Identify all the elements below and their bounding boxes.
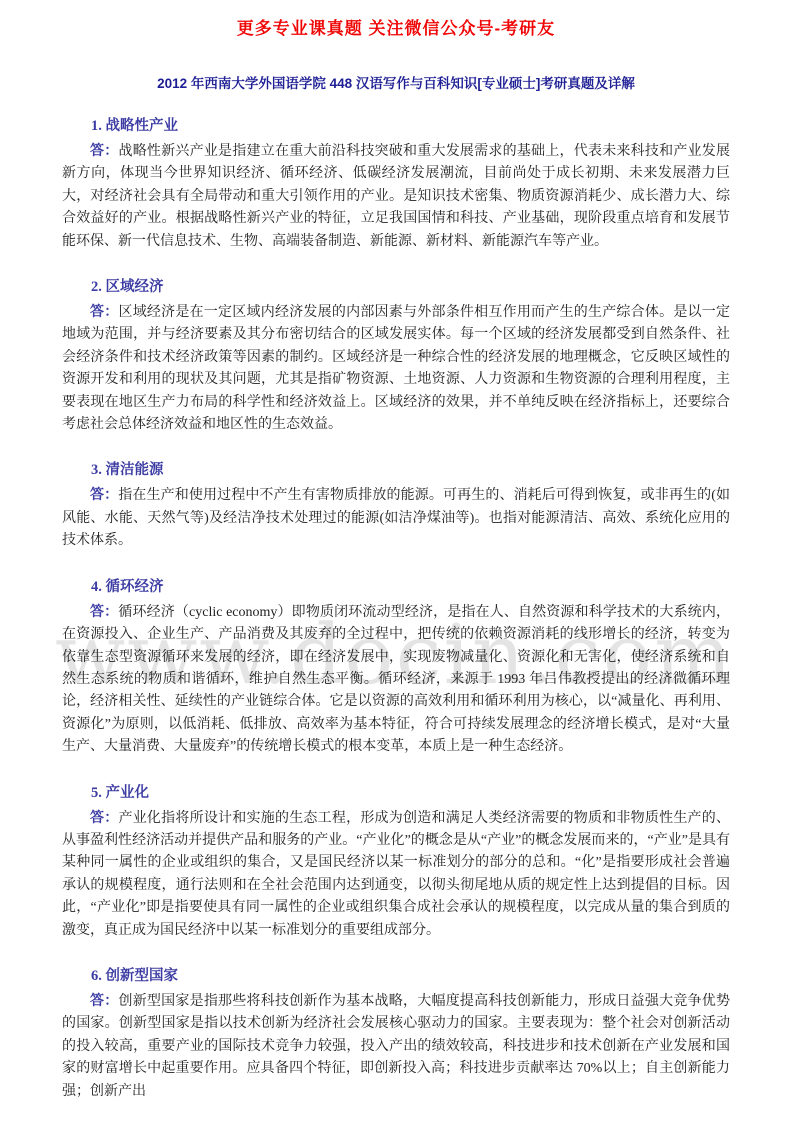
answer-text: 区域经济是在一定区域内经济发展的内部因素与外部条件相互作用而产生的生产综合体。是… [62,305,730,432]
answer-text: 创新型国家是指那些将科技创新作为基本战略，大幅度提高科技创新能力，形成日益强大竞… [62,994,730,1099]
document-page: www.docin.com 更多专业课真题 关注微信公众号-考研友 2012 年… [0,0,792,1122]
section-heading-3: 3. 清洁能源 [62,458,730,479]
answer-label: 答： [90,305,118,320]
answer-paragraph-6: 答：创新型国家是指那些将科技创新作为基本战略，大幅度提高科技创新能力，形成日益强… [62,991,730,1103]
section-heading-6: 6. 创新型国家 [62,964,730,985]
doc-title: 2012 年西南大学外国语学院 448 汉语写作与百科知识[专业硕士]考研真题及… [0,72,792,92]
answer-label: 答： [90,144,118,159]
section-heading-2: 2. 区域经济 [62,275,730,296]
answer-paragraph-1: 答：战略性新兴产业是指建立在重大前沿科技突破和重大发展需求的基础上，代表未来科技… [62,141,730,253]
answer-label: 答： [90,994,118,1009]
answer-text: 循环经济（cyclic economy）即物质闭环流动型经济，是指在人、自然资源… [62,605,730,754]
answer-paragraph-2: 答：区域经济是在一定区域内经济发展的内部因素与外部条件相互作用而产生的生产综合体… [62,302,730,436]
answer-paragraph-4: 答：循环经济（cyclic economy）即物质闭环流动型经济，是指在人、自然… [62,602,730,759]
answer-label: 答： [90,605,118,620]
answer-text: 产业化指将所设计和实施的生态工程，形成为创造和满足人类经济需要的物质和非物质性生… [62,811,730,938]
section-heading-4: 4. 循环经济 [62,575,730,596]
answer-paragraph-5: 答：产业化指将所设计和实施的生态工程，形成为创造和满足人类经济需要的物质和非物质… [62,808,730,942]
answer-text: 指在生产和使用过程中不产生有害物质排放的能源。可再生的、消耗后可得到恢复，或非再… [62,488,730,548]
promo-header: 更多专业课真题 关注微信公众号-考研友 [0,0,792,39]
answer-text: 战略性新兴产业是指建立在重大前沿科技突破和重大发展需求的基础上，代表未来科技和产… [62,144,730,249]
answer-label: 答： [90,488,118,503]
answer-label: 答： [90,811,118,826]
section-heading-1: 1. 战略性产业 [62,114,730,135]
section-heading-5: 5. 产业化 [62,781,730,802]
doc-content: 1. 战略性产业 答：战略性新兴产业是指建立在重大前沿科技突破和重大发展需求的基… [62,114,730,1103]
answer-paragraph-3: 答：指在生产和使用过程中不产生有害物质排放的能源。可再生的、消耗后可得到恢复，或… [62,485,730,552]
